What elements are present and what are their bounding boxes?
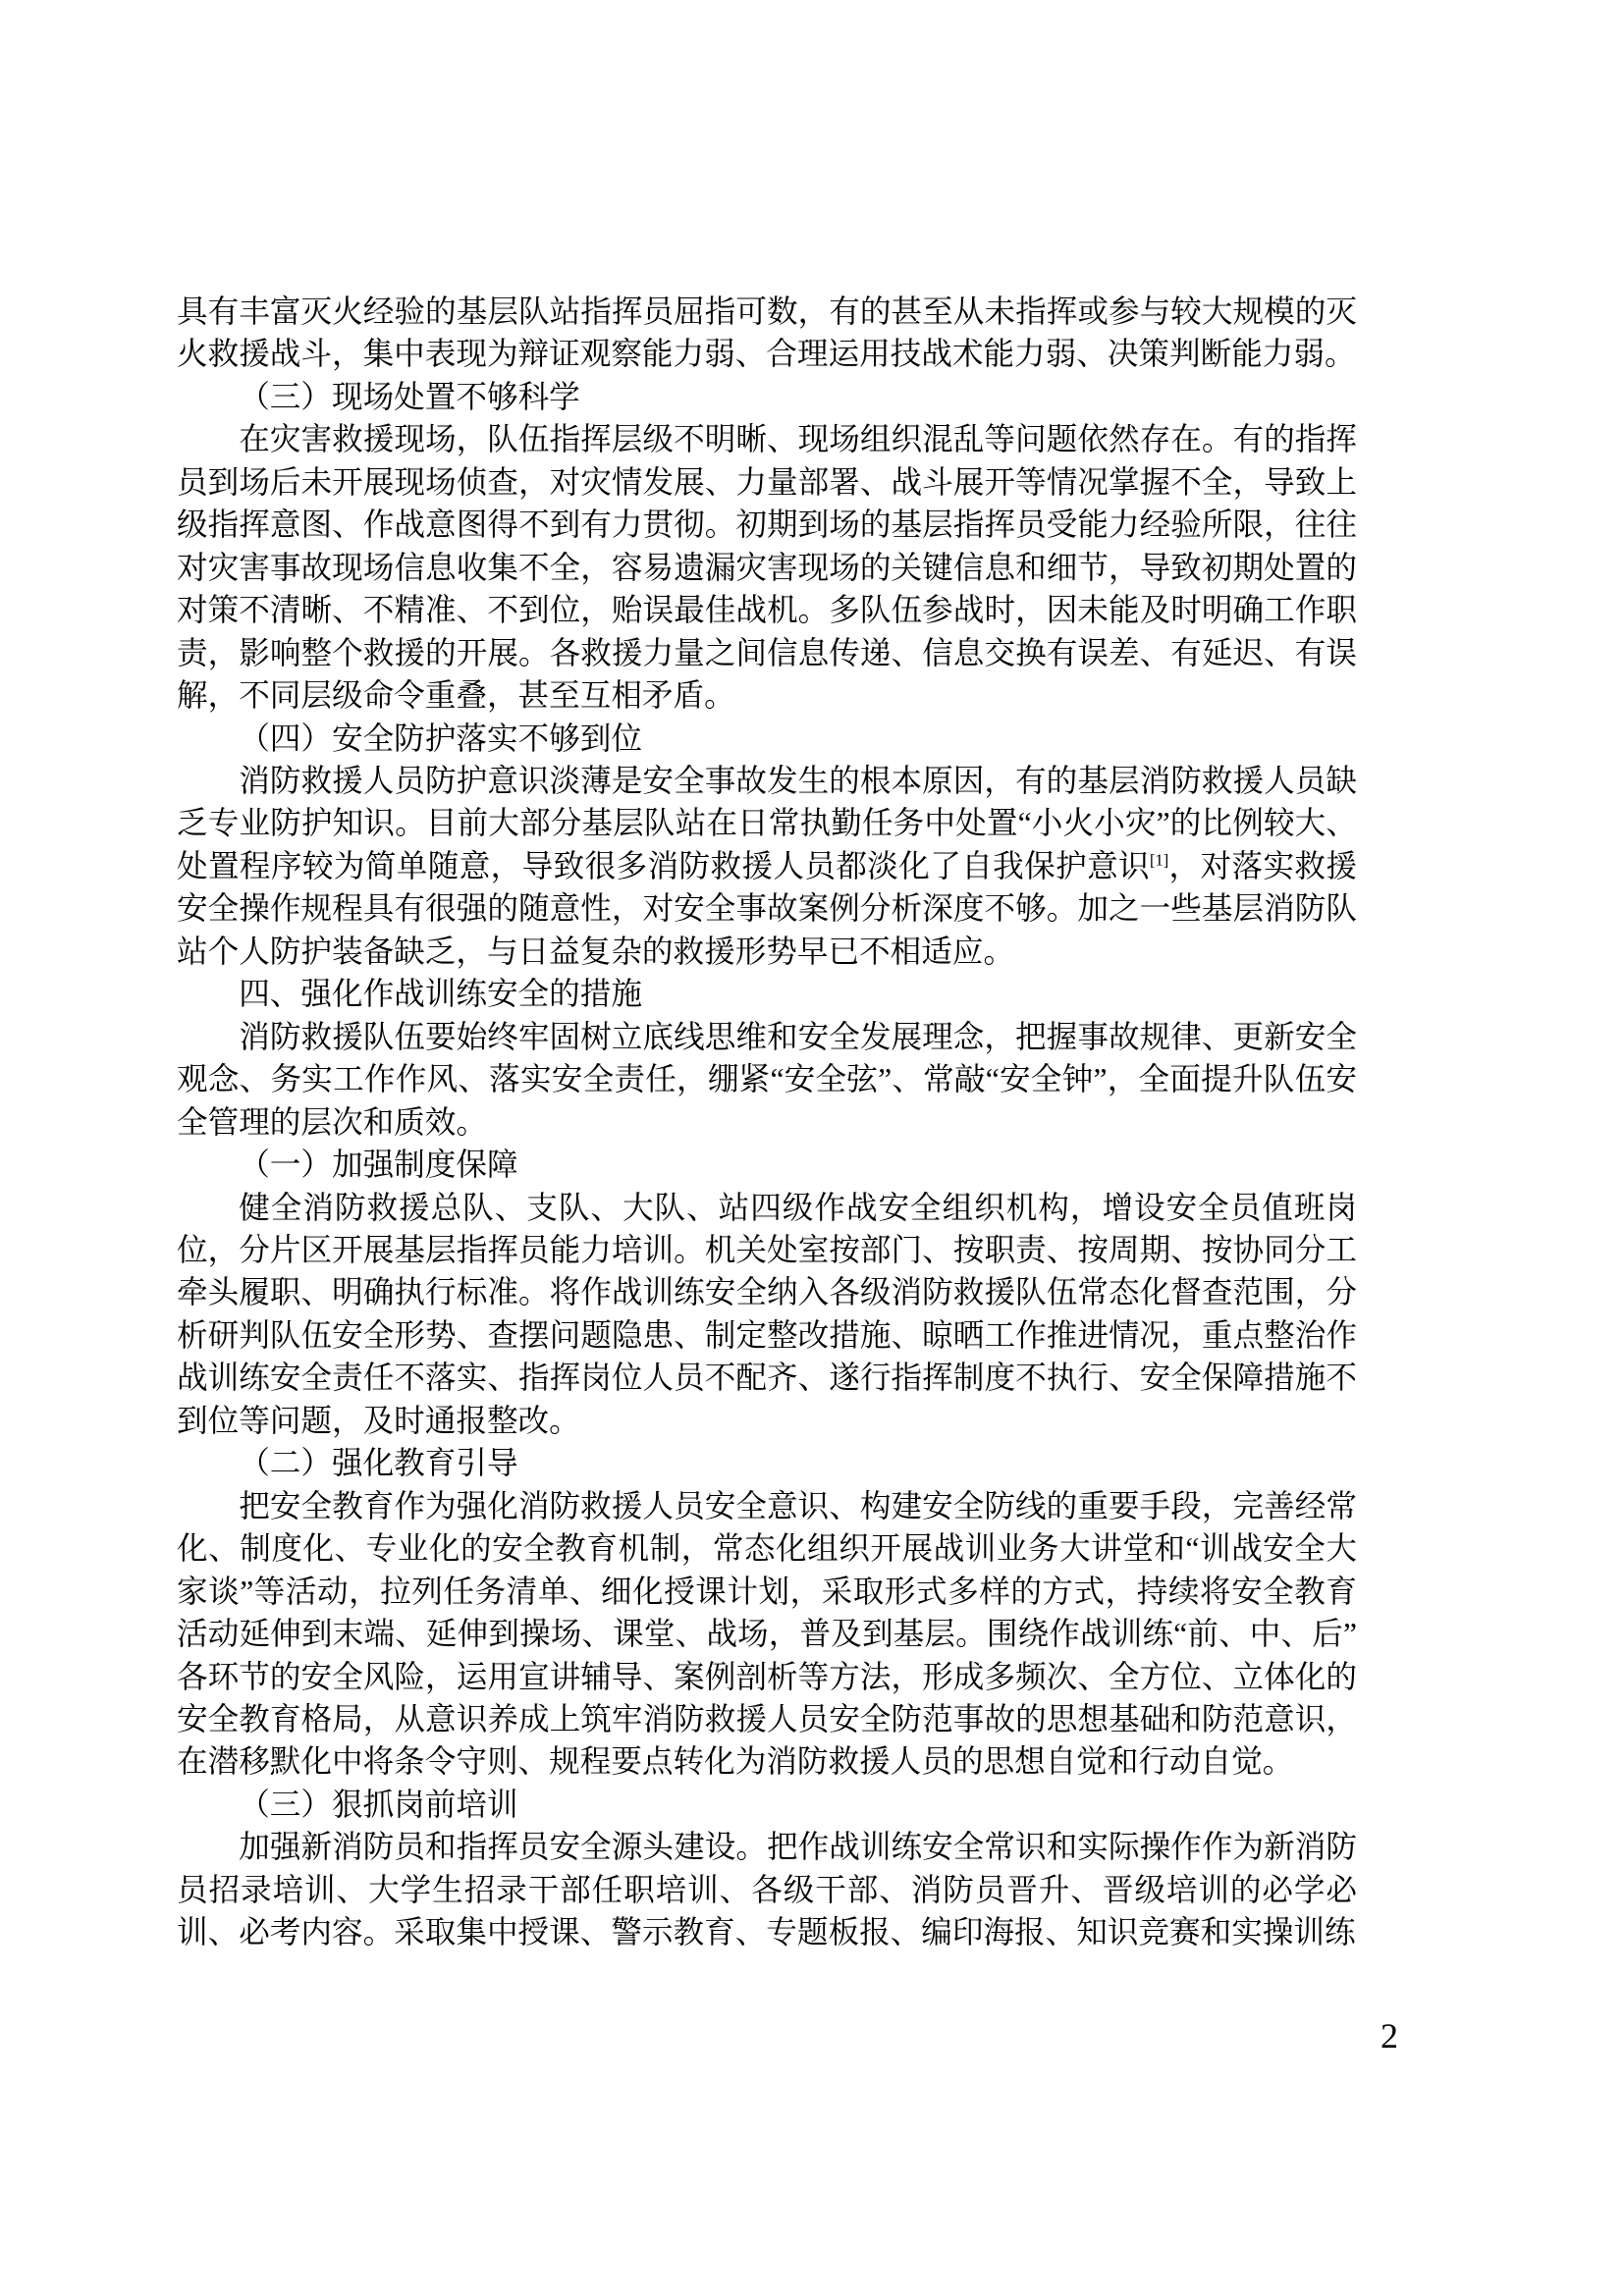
section-heading: （三）狠抓岗前培训: [177, 1784, 1357, 1826]
section-heading: （一）加强制度保障: [177, 1144, 1357, 1186]
section-heading: （二）强化教育引导: [177, 1442, 1357, 1484]
paragraph: 把安全教育作为强化消防救援人员安全意识、构建安全防线的重要手段，完善经常化、制度…: [177, 1485, 1357, 1784]
section-heading: 四、强化作战训练安全的措施: [177, 973, 1357, 1015]
body-text: 具有丰富灭火经验的基层队站指挥员屈指可数，有的甚至从未指挥或参与较大规模的灭火救…: [177, 291, 1357, 1954]
document-page: 具有丰富灭火经验的基层队站指挥员屈指可数，有的甚至从未指挥或参与较大规模的灭火救…: [0, 0, 1624, 2296]
paragraph: 消防救援队伍要始终牢固树立底线思维和安全发展理念，把握事故规律、更新安全观念、务…: [177, 1016, 1357, 1144]
paragraph: 消防救援人员防护意识淡薄是安全事故发生的根本原因，有的基层消防救援人员缺乏专业防…: [177, 760, 1357, 973]
paragraph: 健全消防救援总队、支队、大队、站四级作战安全组织机构，增设安全员值班岗位，分片区…: [177, 1187, 1357, 1443]
section-heading: （四）安全防护落实不够到位: [177, 718, 1357, 760]
section-heading: （三）现场处置不够科学: [177, 376, 1357, 418]
paragraph: 具有丰富灭火经验的基层队站指挥员屈指可数，有的甚至从未指挥或参与较大规模的灭火救…: [177, 291, 1357, 376]
paragraph: 在灾害救援现场，队伍指挥层级不明晰、现场组织混乱等问题依然存在。有的指挥员到场后…: [177, 418, 1357, 717]
page-number: 2: [1380, 2018, 1398, 2054]
paragraph: 加强新消防员和指挥员安全源头建设。把作战训练安全常识和实际操作作为新消防员招录培…: [177, 1826, 1357, 1953]
footnote-reference: [1]: [1150, 850, 1168, 869]
